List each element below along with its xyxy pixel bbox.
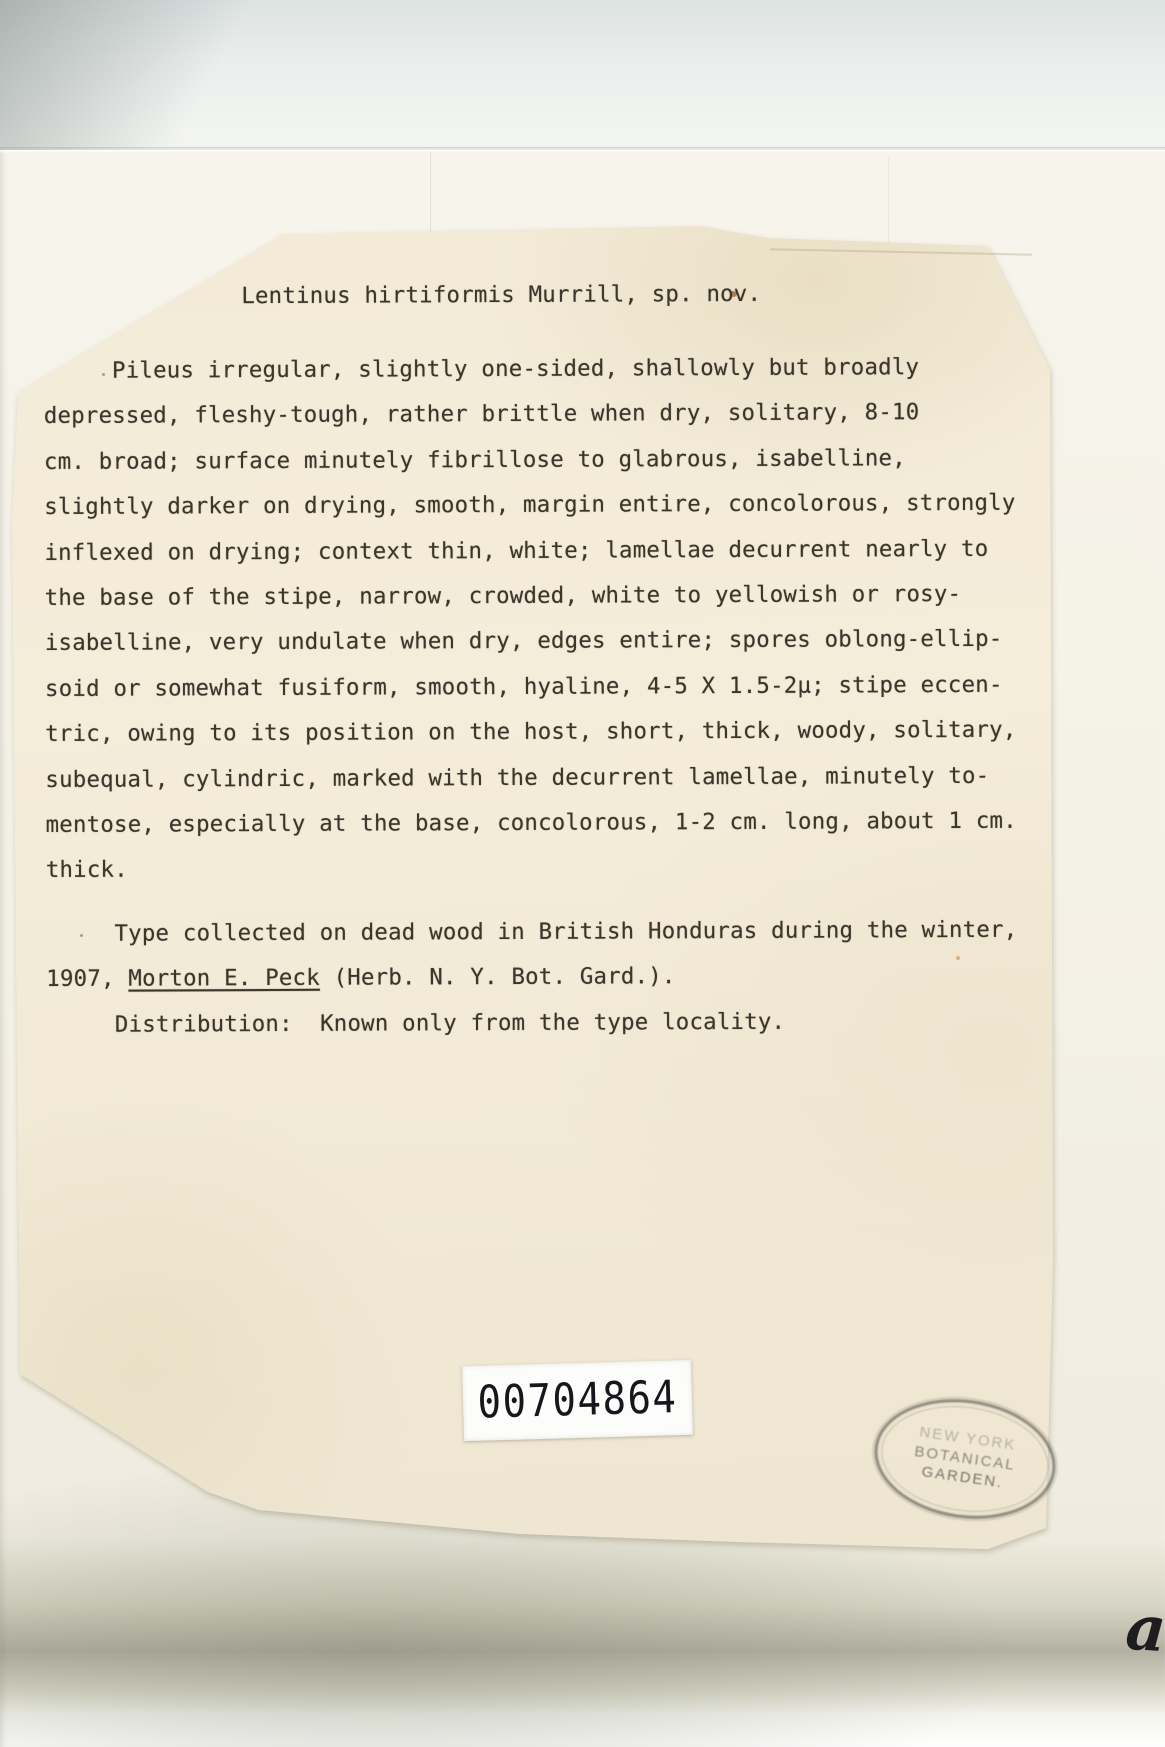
typed-line: tric, owing to its position on the host,… [45,717,1016,747]
species-title: Lentinus hirtiformis Murrill, sp. nov. [241,281,761,309]
typed-line: soid or somewhat fusiform, smooth, hyali… [45,672,1003,702]
handwritten-annotation: a [1124,1591,1165,1667]
typed-text-block: Lentinus hirtiformis Murrill, sp. nov. P… [42,0,1137,1100]
typed-line: depressed, fleshy-tough, rather brittle … [44,400,920,430]
typed-line: Pileus irregular, slightly one-sided, sh… [44,354,920,384]
typed-line: thick. [46,857,128,883]
typed-line: mentose, especially at the base, concolo… [46,808,1017,838]
typed-line: cm. broad; surface minutely fibrillose t… [44,445,906,475]
typed-line: isabelline, very undulate when dry, edge… [45,626,1003,656]
photo-canvas: Lentinus hirtiformis Murrill, sp. nov. P… [0,0,1165,1747]
barcode-number: 00704864 [477,1372,678,1429]
typed-line: the base of the stipe, narrow, crowded, … [45,581,962,611]
typed-line: Type collected on dead wood in British H… [46,917,1017,947]
barcode-label: 00704864 [462,1360,693,1441]
typed-line: subequal, cylindric, marked with the dec… [45,762,989,792]
typed-line: inflexed on drying; context thin, white;… [44,535,988,565]
typed-line: slightly darker on drying, smooth, margi… [44,490,1015,520]
typed-line: 1907, Morton E. Peck (Herb. N. Y. Bot. G… [46,963,675,992]
typed-line: Distribution: Known only from the type l… [46,1008,785,1037]
